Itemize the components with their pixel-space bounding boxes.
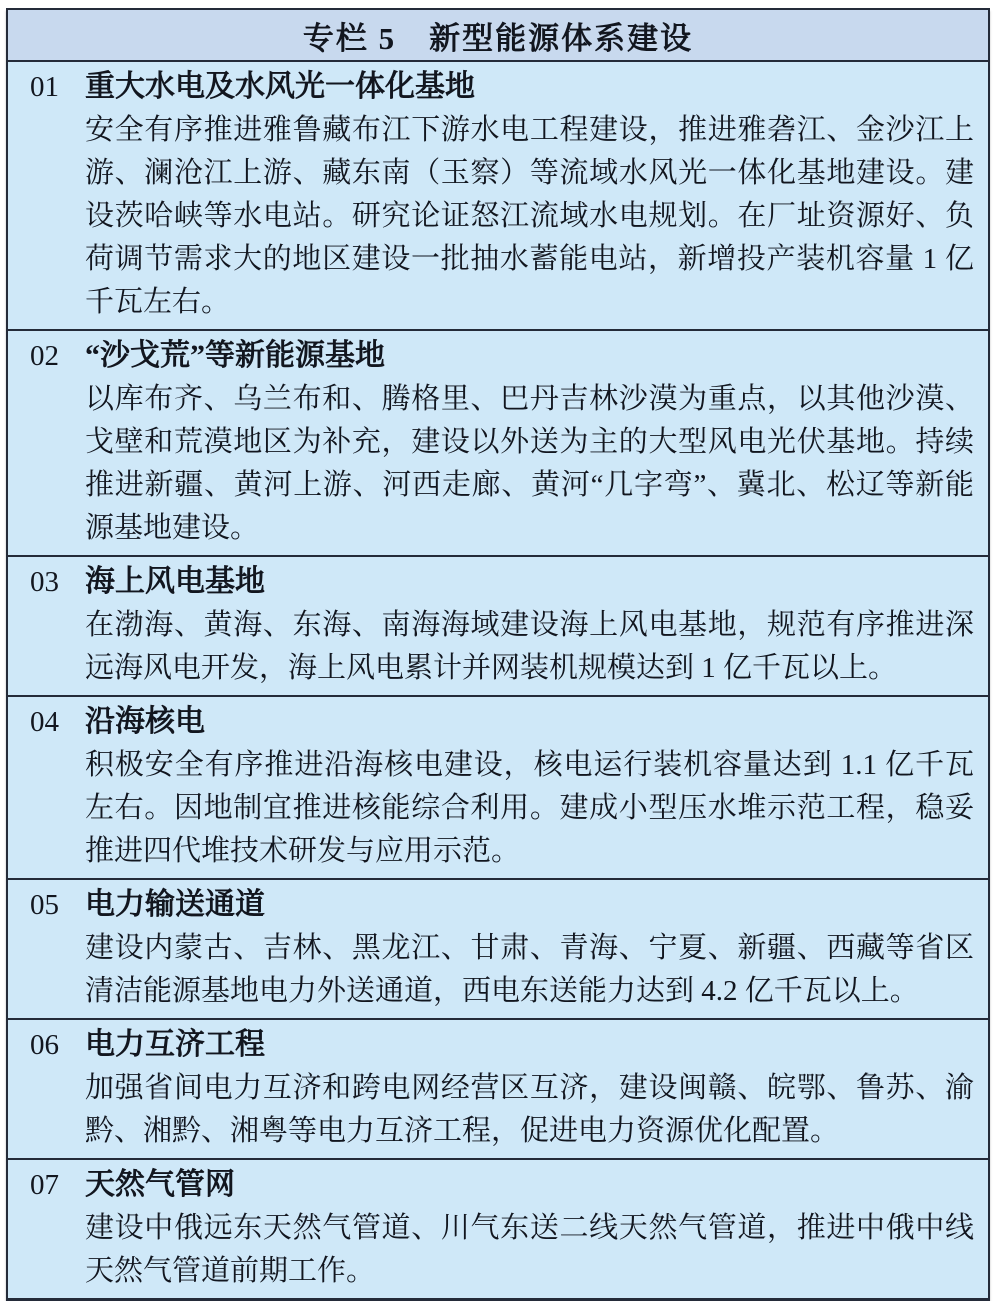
section-03: 03海上风电基地 在渤海、黄海、东海、南海海域建设海上风电基地，规范有序推进深远… xyxy=(8,557,988,697)
section-02: 02“沙戈荒”等新能源基地 以库布齐、乌兰布和、腾格里、巴丹吉林沙漠为重点，以其… xyxy=(8,331,988,557)
section-06: 06电力互济工程 加强省间电力互济和跨电网经营区互济，建设闽赣、皖鄂、鲁苏、渝黔… xyxy=(8,1020,988,1160)
section-title: 海上风电基地 xyxy=(85,565,265,598)
section-title-row: 07天然气管网 xyxy=(30,1163,974,1207)
info-box-panel: 专栏 5 新型能源体系建设 01重大水电及水风光一体化基地 安全有序推进雅鲁藏布… xyxy=(6,8,990,1301)
section-number: 04 xyxy=(30,701,85,744)
section-title: 电力输送通道 xyxy=(85,888,265,921)
section-01: 01重大水电及水风光一体化基地 安全有序推进雅鲁藏布江下游水电工程建设，推进雅砻… xyxy=(8,62,988,331)
panel-header: 专栏 5 新型能源体系建设 xyxy=(8,10,988,62)
section-number: 01 xyxy=(30,66,85,109)
section-number: 06 xyxy=(30,1024,85,1067)
section-number: 03 xyxy=(30,561,85,604)
section-04: 04沿海核电 积极安全有序推进沿海核电建设，核电运行装机容量达到 1.1 亿千瓦… xyxy=(8,697,988,880)
section-body: 积极安全有序推进沿海核电建设，核电运行装机容量达到 1.1 亿千瓦左右。因地制宜… xyxy=(85,744,974,873)
section-body: 安全有序推进雅鲁藏布江下游水电工程建设，推进雅砻江、金沙江上游、澜沧江上游、藏东… xyxy=(85,109,974,324)
section-body: 加强省间电力互济和跨电网经营区互济，建设闽赣、皖鄂、鲁苏、渝黔、湘黔、湘粤等电力… xyxy=(85,1067,974,1153)
panel-title: 专栏 5 新型能源体系建设 xyxy=(303,13,693,58)
section-title-row: 03海上风电基地 xyxy=(30,560,974,604)
section-07: 07天然气管网 建设中俄远东天然气管道、川气东送二线天然气管道，推进中俄中线天然… xyxy=(8,1160,988,1298)
section-body: 在渤海、黄海、东海、南海海域建设海上风电基地，规范有序推进深远海风电开发，海上风… xyxy=(85,604,974,690)
section-title-row: 06电力互济工程 xyxy=(30,1023,974,1067)
section-title: 天然气管网 xyxy=(85,1168,235,1201)
section-number: 07 xyxy=(30,1164,85,1207)
section-title-row: 05电力输送通道 xyxy=(30,883,974,927)
section-number: 02 xyxy=(30,335,85,378)
section-title-row: 01重大水电及水风光一体化基地 xyxy=(30,65,974,109)
section-title: 重大水电及水风光一体化基地 xyxy=(85,70,475,103)
section-title-row: 02“沙戈荒”等新能源基地 xyxy=(30,334,974,378)
section-body: 建设内蒙古、吉林、黑龙江、甘肃、青海、宁夏、新疆、西藏等省区清洁能源基地电力外送… xyxy=(85,927,974,1013)
section-title: 电力互济工程 xyxy=(85,1028,265,1061)
section-title: “沙戈荒”等新能源基地 xyxy=(85,339,385,372)
section-number: 05 xyxy=(30,884,85,927)
section-title: 沿海核电 xyxy=(85,705,205,738)
section-body: 以库布齐、乌兰布和、腾格里、巴丹吉林沙漠为重点，以其他沙漠、戈壁和荒漠地区为补充… xyxy=(85,378,974,550)
section-body: 建设中俄远东天然气管道、川气东送二线天然气管道，推进中俄中线天然气管道前期工作。 xyxy=(85,1207,974,1293)
section-05: 05电力输送通道 建设内蒙古、吉林、黑龙江、甘肃、青海、宁夏、新疆、西藏等省区清… xyxy=(8,880,988,1020)
section-title-row: 04沿海核电 xyxy=(30,700,974,744)
